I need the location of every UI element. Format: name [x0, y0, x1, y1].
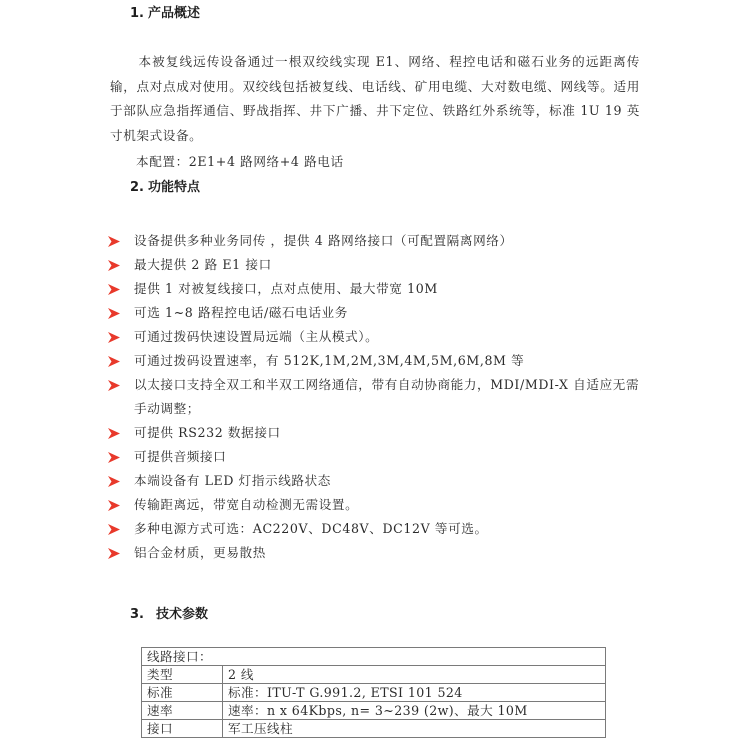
table-row: 标准 标准：ITU-T G.991.2, ETSI 101 524 — [142, 684, 606, 702]
feature-item: 传输距离远，带宽自动检测无需设置。 — [108, 493, 648, 517]
section-heading-overview: 1.产品概述 — [130, 6, 200, 22]
spec-key: 类型 — [142, 666, 223, 684]
section-heading-features: 2.功能特点 — [130, 180, 200, 196]
section-heading-specs: 3.技术参数 — [130, 607, 208, 623]
arrow-bullet-icon — [108, 332, 120, 343]
arrow-bullet-icon — [108, 260, 120, 271]
feature-list: 设备提供多种业务同传 ，提供 4 路网络接口（可配置隔离网络） 最大提供 2 路… — [108, 229, 648, 565]
feature-item: 可通过拨码设置速率，有 512K,1M,2M,3M,4M,5M,6M,8M 等 — [108, 349, 648, 373]
arrow-bullet-icon — [108, 500, 120, 511]
configuration-line: 本配置：2E1+4 路网络+4 路电话 — [136, 154, 344, 170]
overview-paragraph: 本被复线远传设备通过一根双绞线实现 E1、网络、程控电话和磁石业务的远距离传输，… — [110, 50, 640, 148]
table-group-header-row: 线路接口： — [142, 648, 606, 666]
feature-item: 本端设备有 LED 灯指示线路状态 — [108, 469, 648, 493]
spec-value: 军工压线柱 — [223, 720, 606, 738]
arrow-bullet-icon — [108, 452, 120, 463]
feature-item: 可提供音频接口 — [108, 445, 648, 469]
feature-item: 以太接口支持全双工和半双工网络通信，带有自动协商能力，MDI/MDI-X 自适应… — [108, 373, 648, 421]
document-page: 1.产品概述 本被复线远传设备通过一根双绞线实现 E1、网络、程控电话和磁石业务… — [0, 0, 750, 750]
feature-item: 可选 1~8 路程控电话/磁石电话业务 — [108, 301, 648, 325]
spec-table: 线路接口： 类型 2 线 标准 标准：ITU-T G.991.2, ETSI 1… — [141, 647, 606, 738]
spec-key: 标准 — [142, 684, 223, 702]
arrow-bullet-icon — [108, 284, 120, 295]
table-row: 类型 2 线 — [142, 666, 606, 684]
feature-item: 多种电源方式可选：AC220V、DC48V、DC12V 等可选。 — [108, 517, 648, 541]
table-row: 接口 军工压线柱 — [142, 720, 606, 738]
feature-item: 可提供 RS232 数据接口 — [108, 421, 648, 445]
feature-item: 铝合金材质，更易散热 — [108, 541, 648, 565]
arrow-bullet-icon — [108, 428, 120, 439]
feature-item: 最大提供 2 路 E1 接口 — [108, 253, 648, 277]
arrow-bullet-icon — [108, 356, 120, 367]
arrow-bullet-icon — [108, 236, 120, 247]
spec-value: 标准：ITU-T G.991.2, ETSI 101 524 — [223, 684, 606, 702]
arrow-bullet-icon — [108, 308, 120, 319]
arrow-bullet-icon — [108, 548, 120, 559]
arrow-bullet-icon — [108, 380, 120, 391]
arrow-bullet-icon — [108, 476, 120, 487]
feature-item: 设备提供多种业务同传 ，提供 4 路网络接口（可配置隔离网络） — [108, 229, 648, 253]
feature-item: 提供 1 对被复线接口，点对点使用、最大带宽 10M — [108, 277, 648, 301]
arrow-bullet-icon — [108, 524, 120, 535]
feature-item: 可通过拨码快速设置局远端（主从模式）。 — [108, 325, 648, 349]
spec-key: 接口 — [142, 720, 223, 738]
group-header-cell: 线路接口： — [142, 648, 606, 666]
spec-value: 速率：n x 64Kbps, n= 3~239 (2w)、最大 10M — [223, 702, 606, 720]
spec-value: 2 线 — [223, 666, 606, 684]
table-row: 速率 速率：n x 64Kbps, n= 3~239 (2w)、最大 10M — [142, 702, 606, 720]
spec-key: 速率 — [142, 702, 223, 720]
